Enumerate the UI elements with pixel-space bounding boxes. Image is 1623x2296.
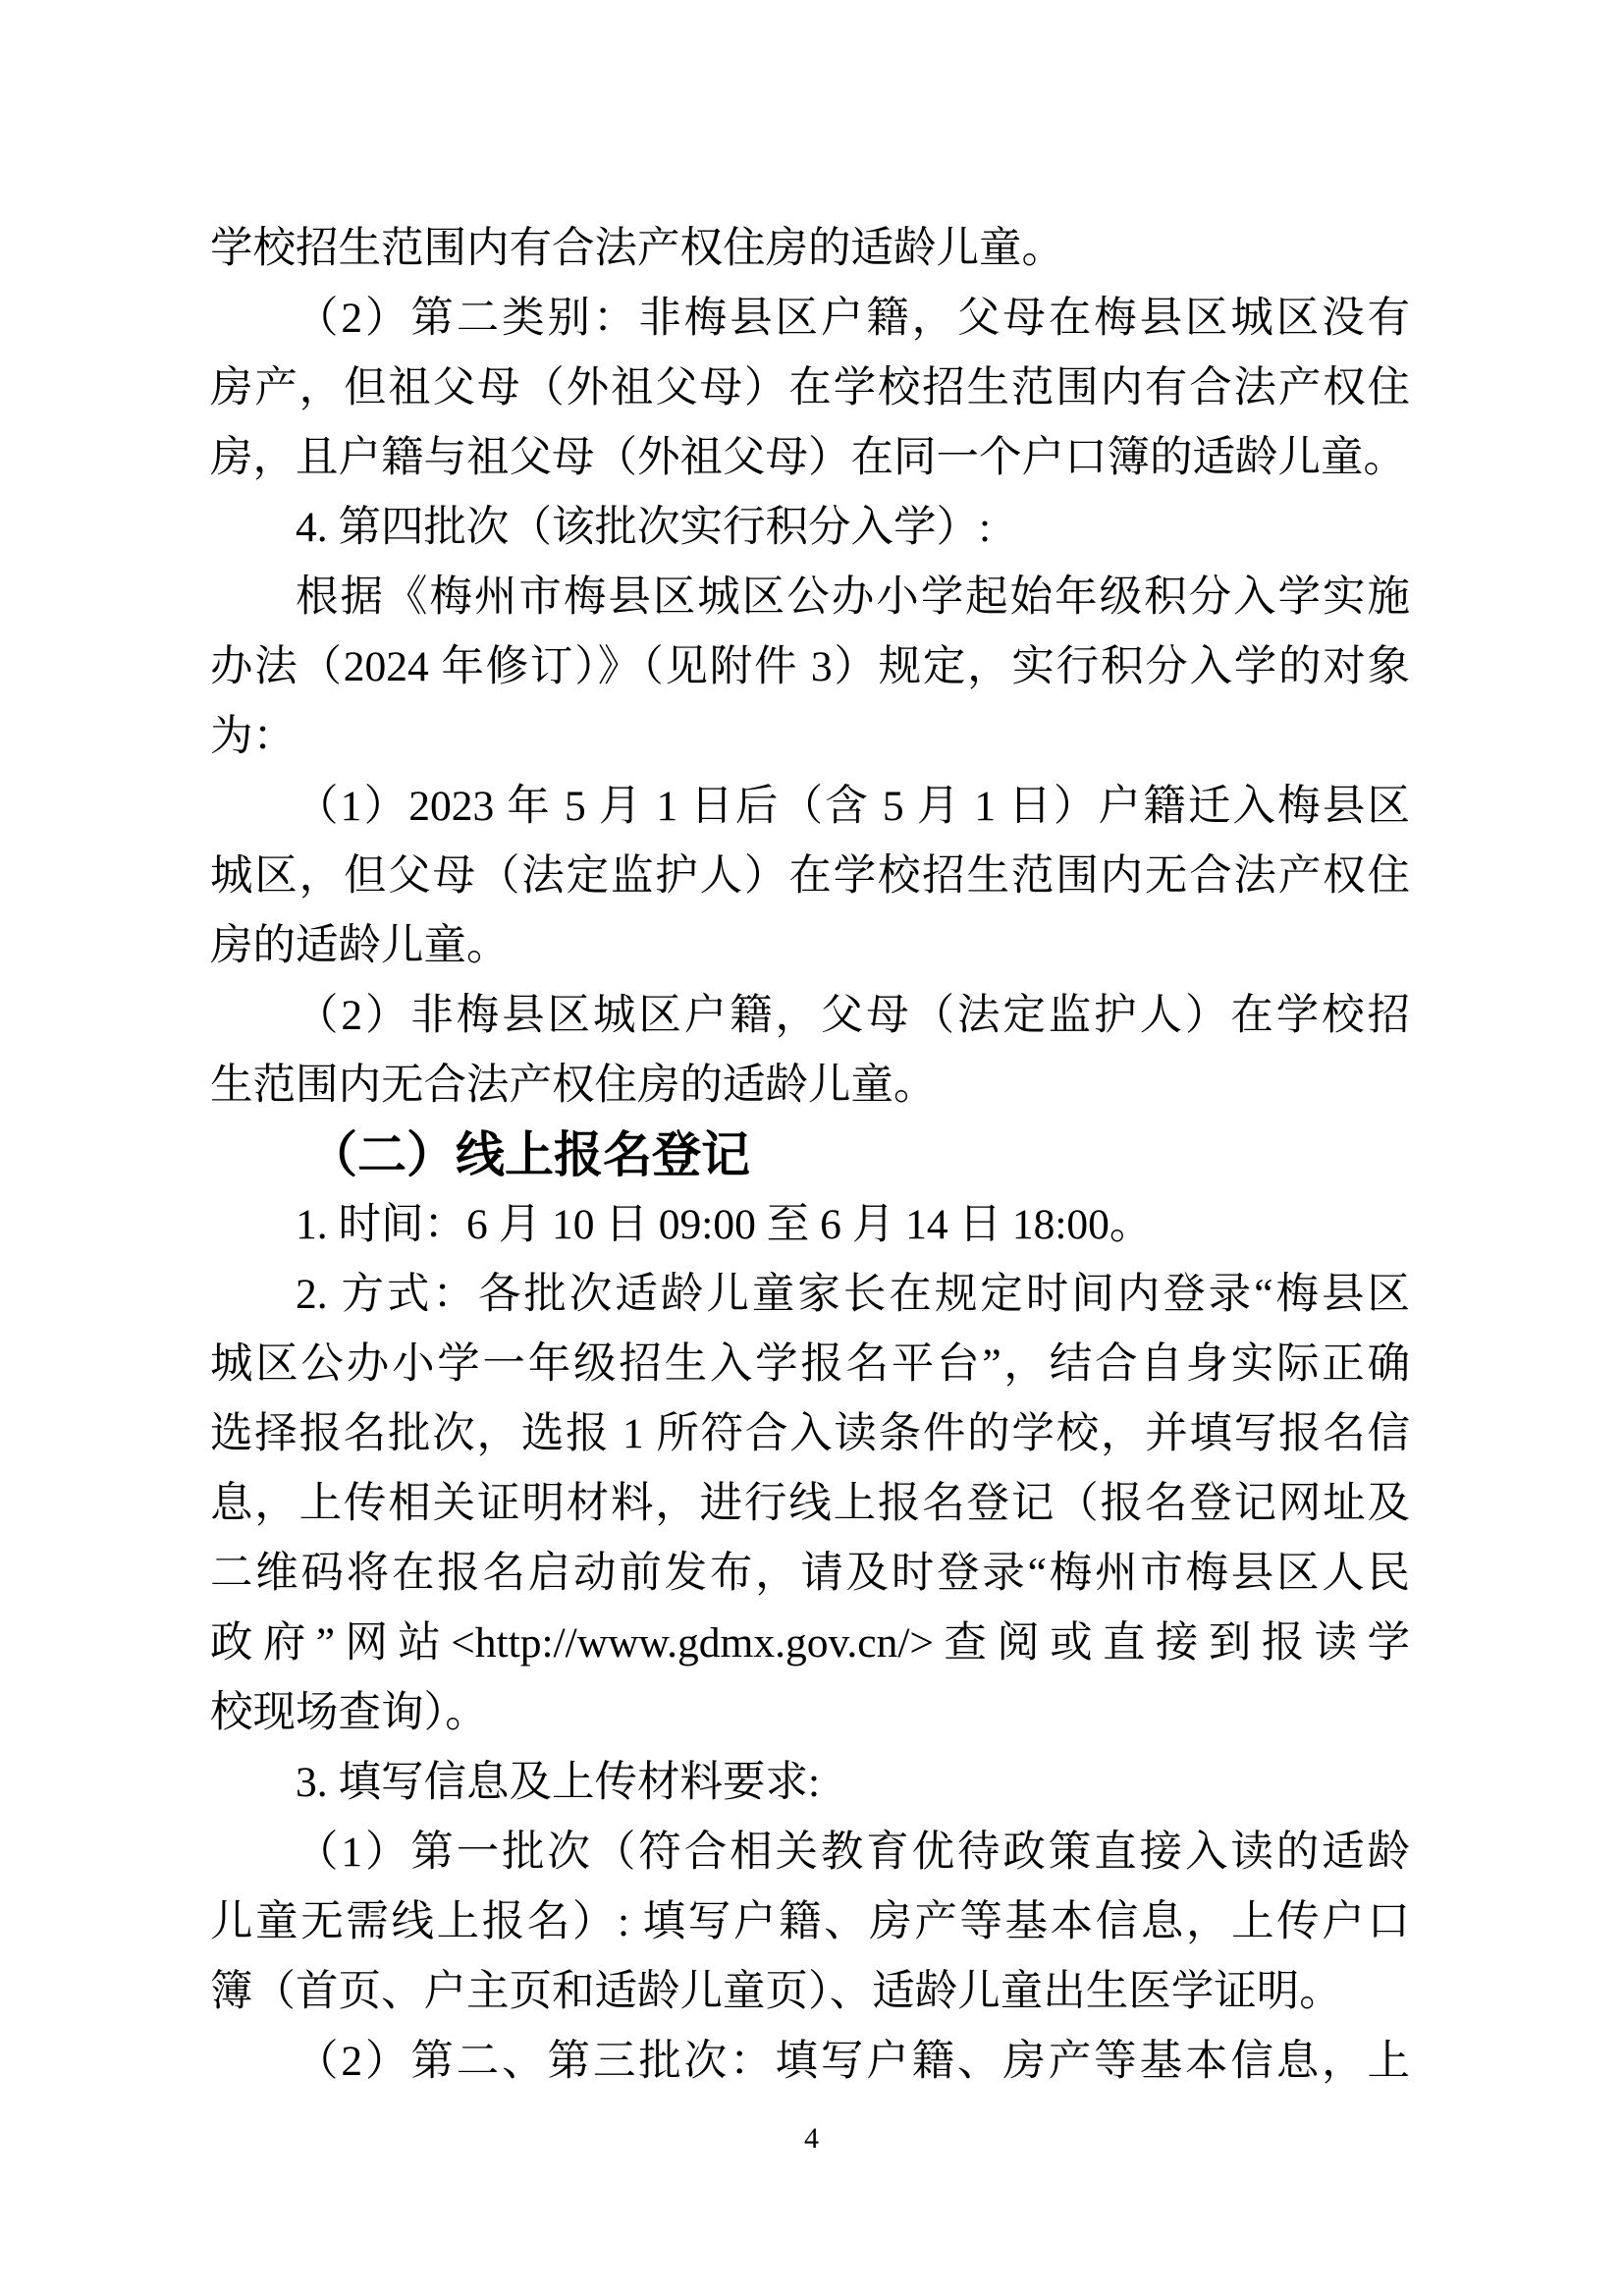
- text-line: 选择报名批次，选报 1 所符合入读条件的学校，并填写报名信: [210, 1399, 1410, 1469]
- text-line: （2）第二、第三批次：填写户籍、房产等基本信息，上: [210, 2027, 1410, 2097]
- text-line: 房产，但祖父母（外祖父母）在学校招生范围内有合法产权住: [210, 354, 1410, 423]
- text-line: 学校招生范围内有合法产权住房的适龄儿童。: [210, 214, 1410, 284]
- section-heading: （二）线上报名登记: [210, 1121, 1410, 1190]
- text-line: 2. 方式：各批次适龄儿童家长在规定时间内登录“梅县区: [210, 1260, 1410, 1330]
- text-line: 办法（2024 年修订）》（见附件 3）规定，实行积分入学的对象: [210, 632, 1410, 702]
- text-line: 1. 时间：6 月 10 日 09:00 至 6 月 14 日 18:00。: [210, 1190, 1410, 1260]
- text-line: 生范围内无合法产权住房的适龄儿童。: [210, 1051, 1410, 1121]
- text-line: （2）非梅县区城区户籍，父母（法定监护人）在学校招: [210, 981, 1410, 1051]
- text-line: 二维码将在报名启动前发布，请及时登录“梅州市梅县区人民: [210, 1539, 1410, 1609]
- text-line: 3. 填写信息及上传材料要求:: [210, 1748, 1410, 1818]
- document-page: 学校招生范围内有合法产权住房的适龄儿童。 （2）第二类别：非梅县区户籍，父母在梅…: [210, 214, 1410, 2097]
- text-line: 为：: [210, 702, 1410, 772]
- text-line: 根据《梅州市梅县区城区公办小学起始年级积分入学实施: [210, 563, 1410, 632]
- text-line: （1）第一批次（符合相关教育优待政策直接入读的适龄: [210, 1818, 1410, 1887]
- text-line: 校现场查询）。: [210, 1678, 1410, 1748]
- text-line: （1）2023 年 5 月 1 日后（含 5 月 1 日）户籍迁入梅县区: [210, 772, 1410, 842]
- text-line: 儿童无需线上报名）: 填写户籍、房产等基本信息，上传户口: [210, 1887, 1410, 1957]
- text-line: 城区，但父母（法定监护人）在学校招生范围内无合法产权住: [210, 842, 1410, 911]
- text-line: 簿（首页、户主页和适龄儿童页）、适龄儿童出生医学证明。: [210, 1957, 1410, 2027]
- text-line: 房，且户籍与祖父母（外祖父母）在同一个户口簿的适龄儿童。: [210, 423, 1410, 493]
- text-line: 房的适龄儿童。: [210, 911, 1410, 981]
- text-line: 政府”网站<http://www.gdmx.gov.cn/>查阅或直接到报读学: [210, 1609, 1410, 1678]
- text-line: 4. 第四批次（该批次实行积分入学）:: [210, 493, 1410, 563]
- text-line: 城区公办小学一年级招生入学报名平台”，结合自身实际正确: [210, 1330, 1410, 1399]
- text-line: （2）第二类别：非梅县区户籍，父母在梅县区城区没有: [210, 284, 1410, 354]
- text-line: 息，上传相关证明材料，进行线上报名登记（报名登记网址及: [210, 1469, 1410, 1539]
- page-number: 4: [0, 2121, 1623, 2157]
